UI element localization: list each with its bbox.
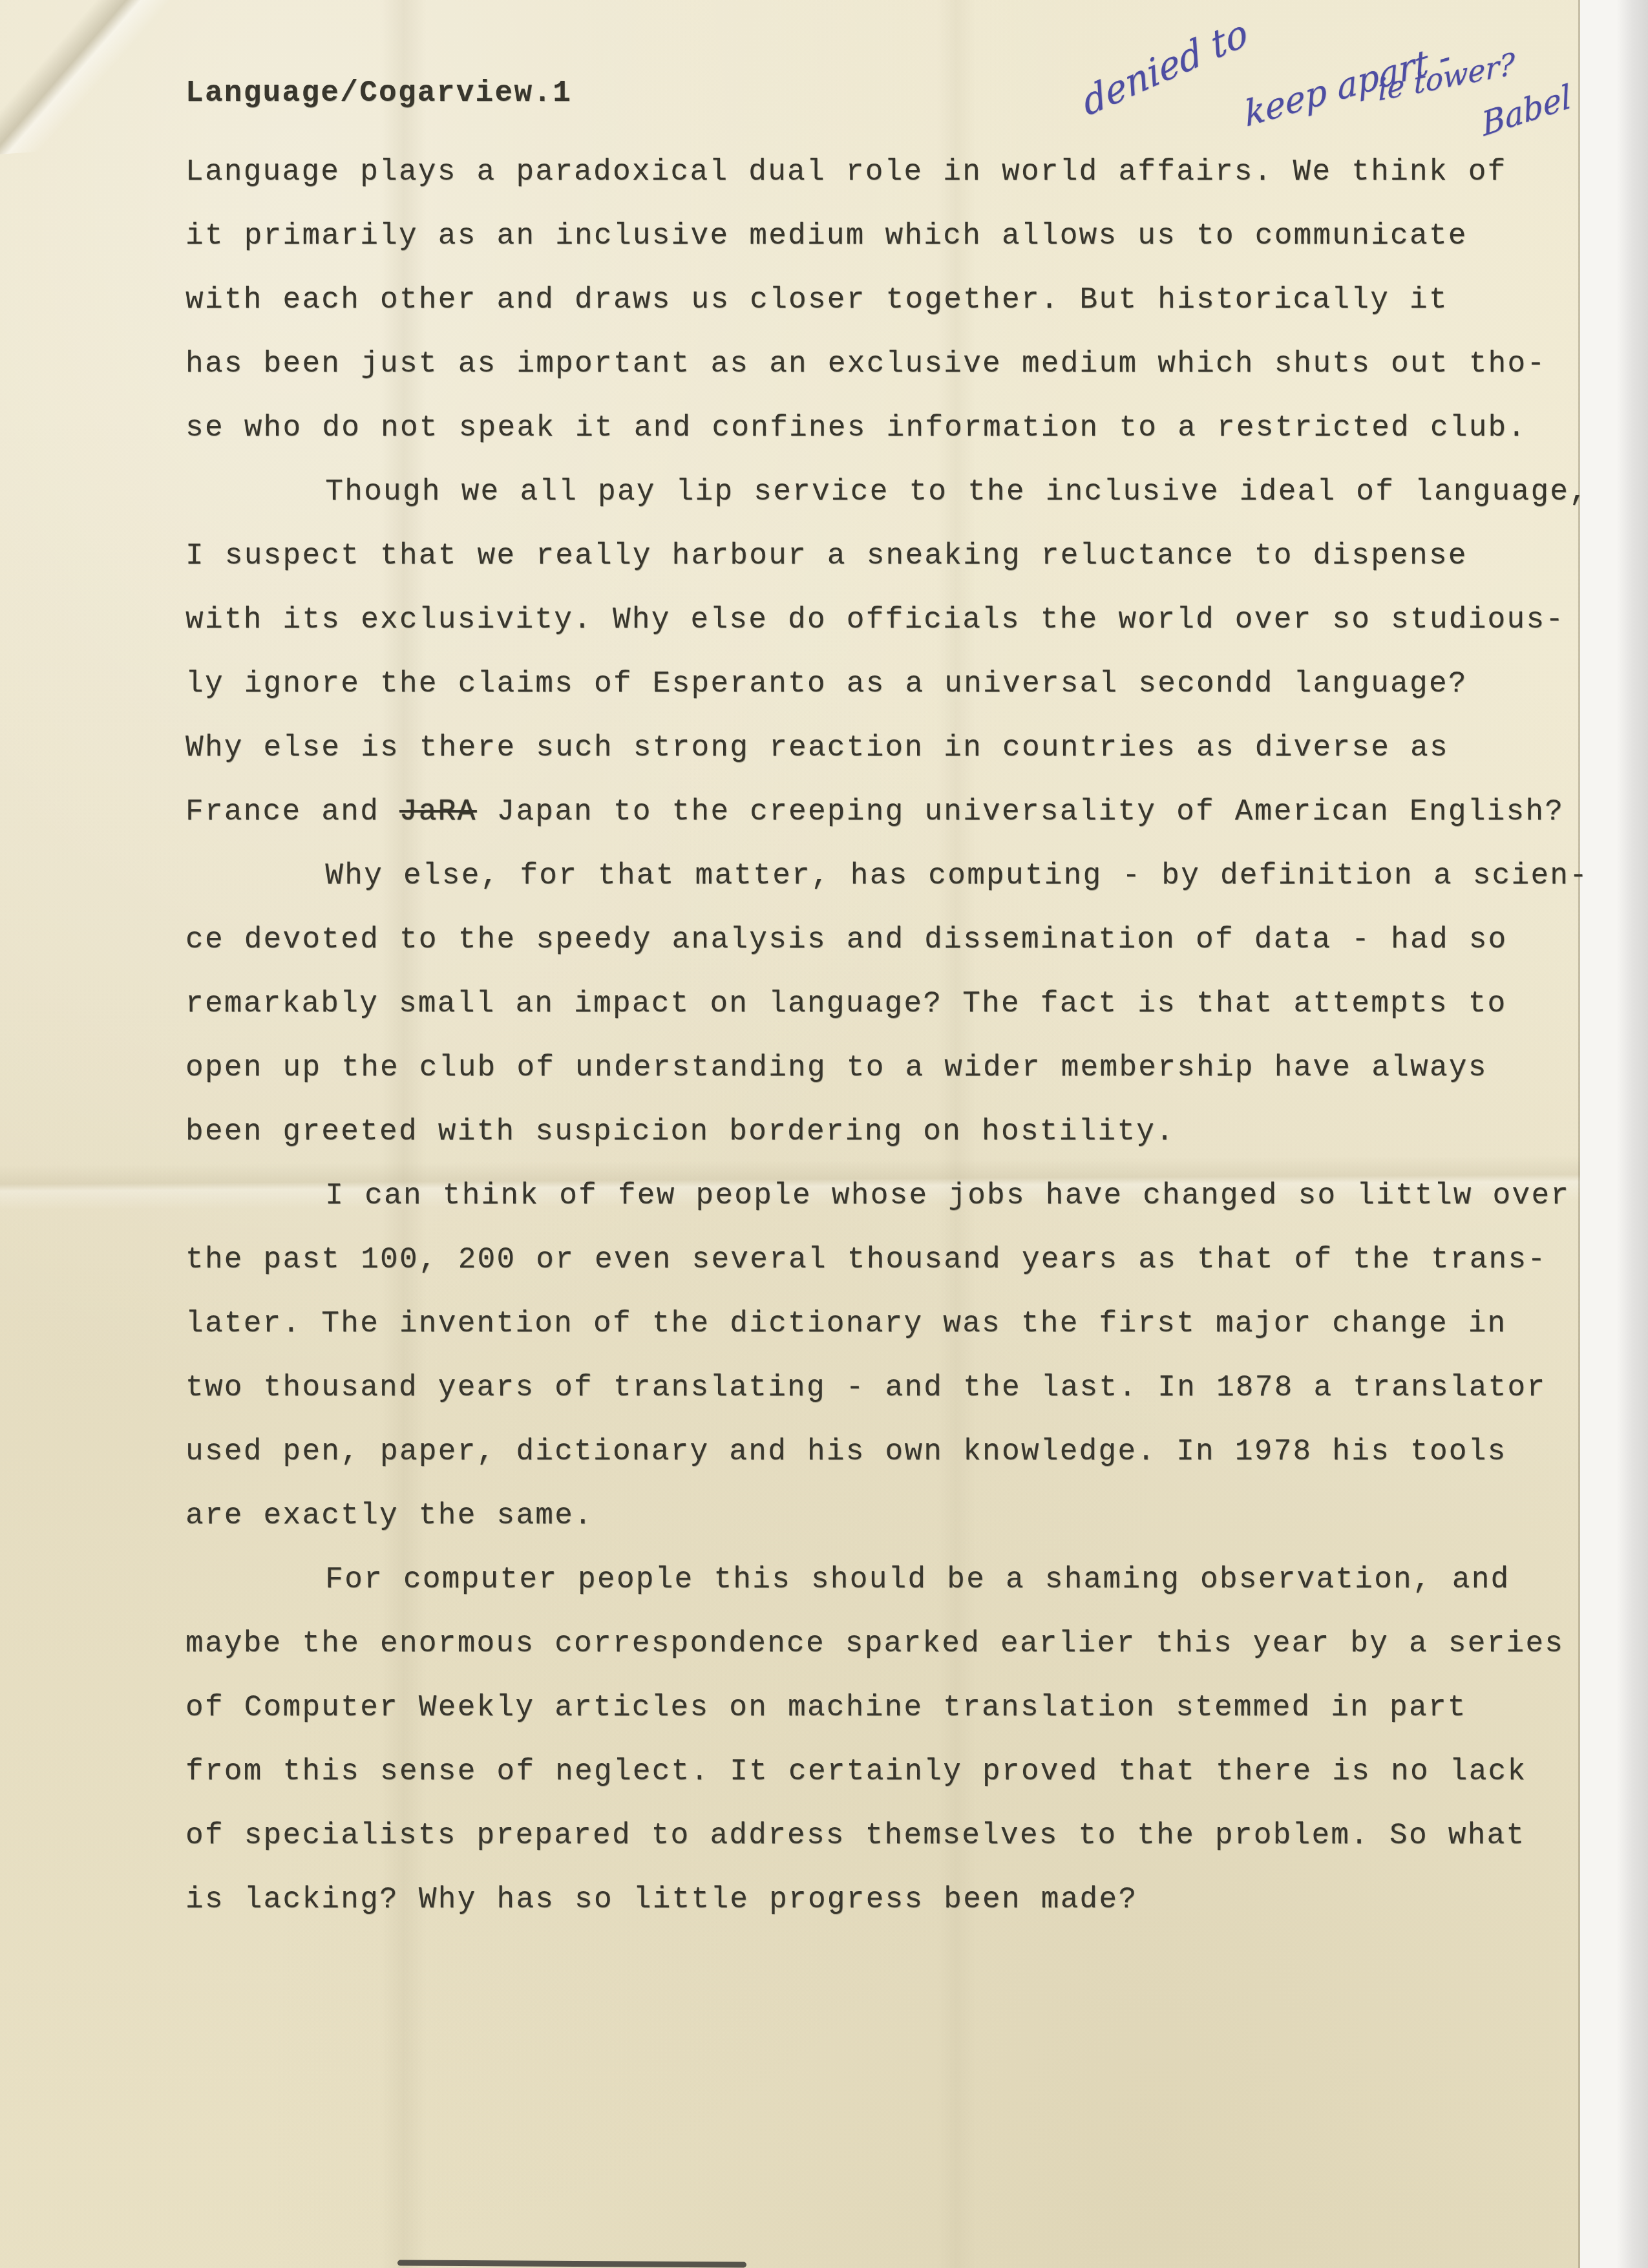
typed-line: from this sense of neglect. It certainly… bbox=[185, 1740, 1588, 1804]
typed-line: Why else, for that matter, has computing… bbox=[185, 844, 1588, 908]
typed-line: remarkably small an impact on language? … bbox=[185, 972, 1588, 1036]
typed-line: with its exclusivity. Why else do offici… bbox=[185, 588, 1588, 652]
typed-line: it primarily as an inclusive medium whic… bbox=[185, 204, 1588, 268]
document-body: Language plays a paradoxical dual role i… bbox=[185, 140, 1588, 1932]
typed-line: I can think of few people whose jobs hav… bbox=[185, 1164, 1588, 1228]
typed-line: I suspect that we really harbour a sneak… bbox=[185, 524, 1588, 588]
typed-line: se who do not speak it and confines info… bbox=[185, 396, 1588, 460]
document-title: Language/Cogarview.1 bbox=[185, 76, 572, 110]
scanned-document-page: denied to keep apart - ie tower? Babel L… bbox=[0, 0, 1648, 2268]
typed-line: later. The invention of the dictionary w… bbox=[185, 1292, 1588, 1356]
typed-line: are exactly the same. bbox=[185, 1484, 1588, 1548]
typed-segment: France and bbox=[185, 795, 399, 829]
typed-line: For computer people this should be a sha… bbox=[185, 1548, 1588, 1612]
typed-line: maybe the enormous correspondence sparke… bbox=[185, 1612, 1588, 1676]
typed-line: is lacking? Why has so little progress b… bbox=[185, 1868, 1588, 1932]
typed-line: Why else is there such strong reaction i… bbox=[185, 716, 1588, 780]
typed-line: Though we all pay lip service to the inc… bbox=[185, 460, 1588, 524]
typed-line: ly ignore the claims of Esperanto as a u… bbox=[185, 652, 1588, 716]
typed-line: with each other and draws us closer toge… bbox=[185, 268, 1588, 332]
scan-edge-shadow bbox=[397, 2260, 746, 2268]
struck-out-word: JaRA bbox=[399, 795, 477, 829]
typed-line: of Computer Weekly articles on machine t… bbox=[185, 1676, 1588, 1740]
handwritten-note-part: denied to bbox=[1079, 9, 1252, 125]
typed-line: been greeted with suspicion bordering on… bbox=[185, 1100, 1588, 1164]
typed-segment: Japan to the creeping universality of Am… bbox=[477, 795, 1565, 829]
typed-line: open up the club of understanding to a w… bbox=[185, 1036, 1588, 1100]
typed-line: has been just as important as an exclusi… bbox=[185, 332, 1588, 396]
typed-line: ce devoted to the speedy analysis and di… bbox=[185, 908, 1588, 972]
typed-line-with-strikeout: France and JaRA Japan to the creeping un… bbox=[185, 780, 1588, 844]
paper-corner-crease bbox=[0, 0, 200, 156]
scan-edge-strip bbox=[1578, 0, 1648, 2268]
handwritten-note-part: Babel bbox=[1479, 78, 1573, 144]
typed-line: Language plays a paradoxical dual role i… bbox=[185, 140, 1588, 204]
typed-line: two thousand years of translating - and … bbox=[185, 1356, 1588, 1420]
typed-line: used pen, paper, dictionary and his own … bbox=[185, 1420, 1588, 1484]
typed-line: the past 100, 200 or even several thousa… bbox=[185, 1228, 1588, 1292]
typed-line: of specialists prepared to address thems… bbox=[185, 1804, 1588, 1868]
